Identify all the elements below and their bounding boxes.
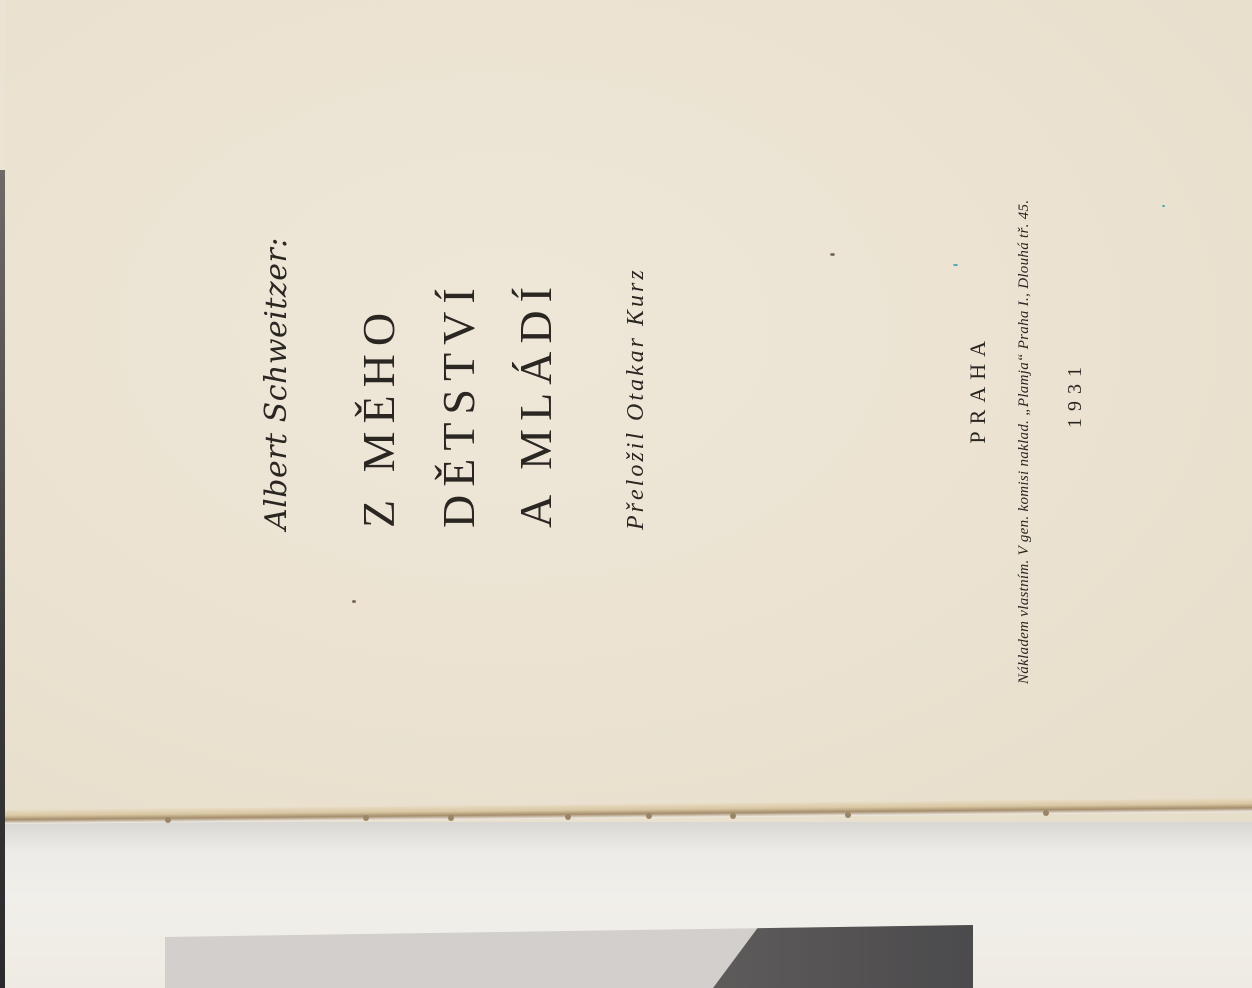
binding-stitch (165, 817, 171, 823)
book-title-line-1: Z MĚHO (356, 258, 402, 528)
publication-year: 1931 (1065, 360, 1085, 428)
publisher-imprint: Nákladem vlastním. V gen. komisi naklad.… (1017, 104, 1032, 684)
publication-place: PRAHA (967, 334, 989, 444)
book-title-line-3: A MLÁDÍ (513, 258, 559, 528)
paper-speck (830, 253, 835, 256)
binding-stitch (845, 812, 851, 818)
paper-speck (1162, 205, 1165, 207)
author-name: Albert Schweitzer: (262, 258, 292, 530)
paper-speck (352, 600, 356, 603)
binding-stitch (730, 813, 736, 819)
binding-stitch (565, 814, 571, 820)
binding-stitch (363, 815, 369, 821)
binding-stitch (1043, 810, 1049, 816)
binding-stitch (448, 815, 454, 821)
paper-speck (953, 264, 958, 266)
translator-credit: Přeložil Otakar Kurz (624, 258, 648, 530)
book-title-line-2: DĚTSTVÍ (436, 258, 482, 528)
photograph-dark-region (713, 925, 973, 988)
binding-stitch (646, 813, 652, 819)
